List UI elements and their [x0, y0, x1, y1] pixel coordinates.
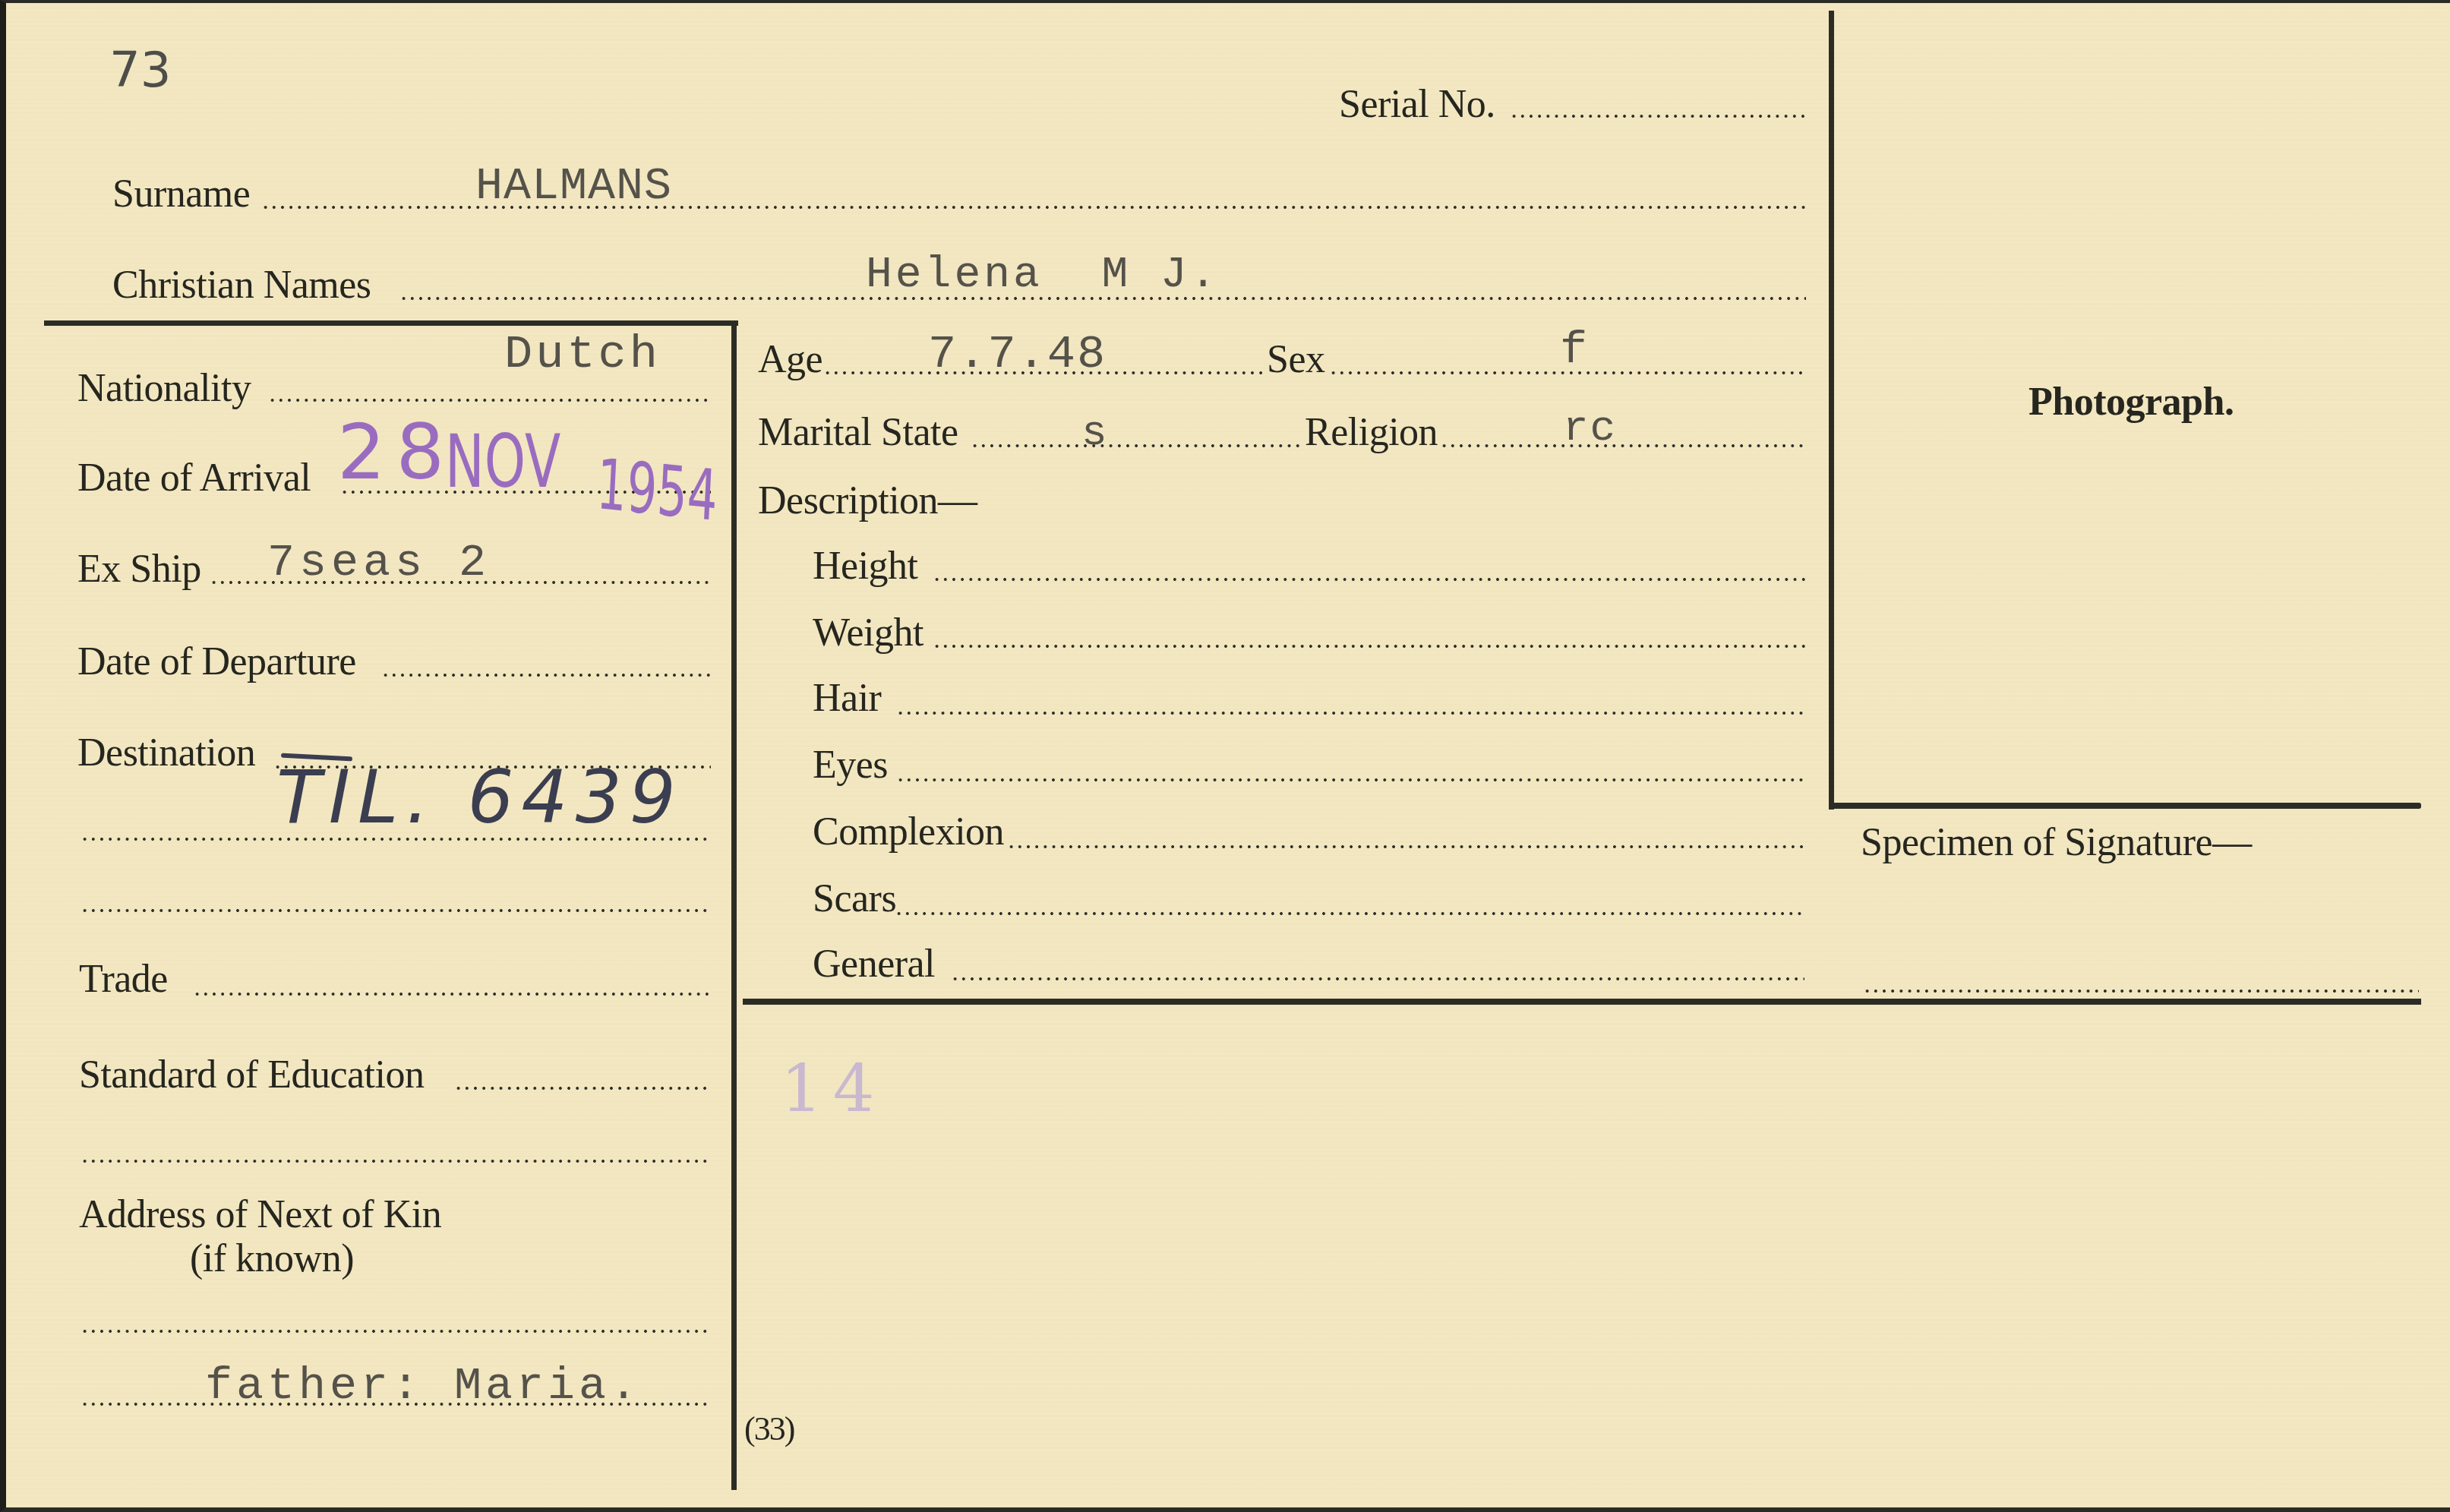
photo-box-left-border	[1829, 11, 1834, 810]
scars-label: Scars	[813, 879, 896, 919]
nationality-label: Nationality	[77, 369, 251, 409]
faint-stamp-number: 14	[781, 1051, 885, 1127]
form-number: (33)	[744, 1413, 794, 1446]
destination-field-3[interactable]	[81, 908, 711, 913]
next-of-kin-label: Address of Next of Kin	[79, 1195, 441, 1235]
next-of-kin-field-1[interactable]	[81, 1329, 711, 1334]
left-box-top-border	[44, 320, 738, 326]
hair-field[interactable]	[896, 711, 1806, 715]
scars-field[interactable]	[895, 911, 1804, 916]
serial-no-label: Serial No.	[1339, 85, 1495, 125]
ex-ship-label: Ex Ship	[77, 550, 201, 589]
religion-value: rc	[1563, 407, 1617, 450]
christian-names-label: Christian Names	[112, 266, 371, 305]
ex-ship-value: 7seas 2	[267, 541, 491, 586]
signature-field[interactable]	[1863, 989, 2419, 993]
left-box-right-border	[731, 320, 737, 1490]
standard-of-education-label: Standard of Education	[79, 1056, 424, 1095]
serial-no-field[interactable]	[1510, 114, 1806, 118]
surname-label: Surname	[112, 175, 250, 214]
destination-handwritten: TIL. 6439	[276, 755, 684, 840]
religion-label: Religion	[1305, 413, 1438, 453]
trade-label: Trade	[79, 960, 168, 999]
date-of-departure-label: Date of Departure	[77, 642, 356, 682]
weight-field[interactable]	[933, 644, 1806, 649]
religion-field[interactable]	[1440, 443, 1806, 448]
standard-of-education-field-2[interactable]	[81, 1159, 711, 1163]
christian-names-value: Helena M J.	[866, 254, 1220, 298]
hair-label: Hair	[813, 679, 881, 718]
date-of-arrival-label: Date of Arrival	[77, 459, 311, 498]
corner-number: 73	[109, 43, 171, 99]
nationality-field[interactable]	[268, 398, 711, 402]
sex-label: Sex	[1267, 340, 1325, 380]
arrival-stamp-year: 1954	[595, 450, 719, 532]
height-label: Height	[813, 547, 918, 586]
destination-field-2[interactable]	[81, 837, 711, 841]
next-of-kin-value: father: Maria.	[205, 1364, 641, 1409]
standard-of-education-field[interactable]	[454, 1086, 711, 1091]
general-field[interactable]	[951, 977, 1804, 981]
marital-state-label: Marital State	[758, 413, 958, 453]
date-of-departure-field[interactable]	[381, 673, 711, 677]
arrival-stamp-day: 28	[337, 415, 455, 491]
general-label: General	[813, 945, 935, 984]
age-value: 7.7.48	[928, 331, 1107, 378]
nationality-value: Dutch	[504, 331, 661, 378]
photo-box-bottom-border	[1829, 803, 2421, 809]
marital-state-field[interactable]	[971, 443, 1303, 448]
surname-value: HALMANS	[475, 164, 672, 210]
next-of-kin-sublabel: (if known)	[190, 1239, 354, 1279]
photograph-label: Photograph.	[2029, 383, 2234, 422]
weight-label: Weight	[813, 614, 923, 653]
description-label: Description—	[758, 481, 977, 521]
height-field[interactable]	[933, 577, 1806, 582]
trade-field[interactable]	[193, 992, 711, 996]
registration-card: 73 Serial No. Surname HALMANS Christian …	[0, 0, 2450, 1512]
signature-label: Specimen of Signature—	[1861, 823, 2252, 863]
eyes-label: Eyes	[813, 746, 888, 785]
eyes-field[interactable]	[896, 778, 1806, 782]
description-bottom-border	[743, 999, 2421, 1005]
complexion-label: Complexion	[813, 813, 1004, 852]
age-label: Age	[758, 340, 822, 380]
destination-label: Destination	[77, 734, 255, 773]
marital-state-value: s	[1081, 412, 1110, 454]
arrival-stamp-month: NOV	[445, 425, 560, 498]
sex-value: f	[1560, 328, 1590, 374]
complexion-field[interactable]	[1007, 844, 1804, 849]
